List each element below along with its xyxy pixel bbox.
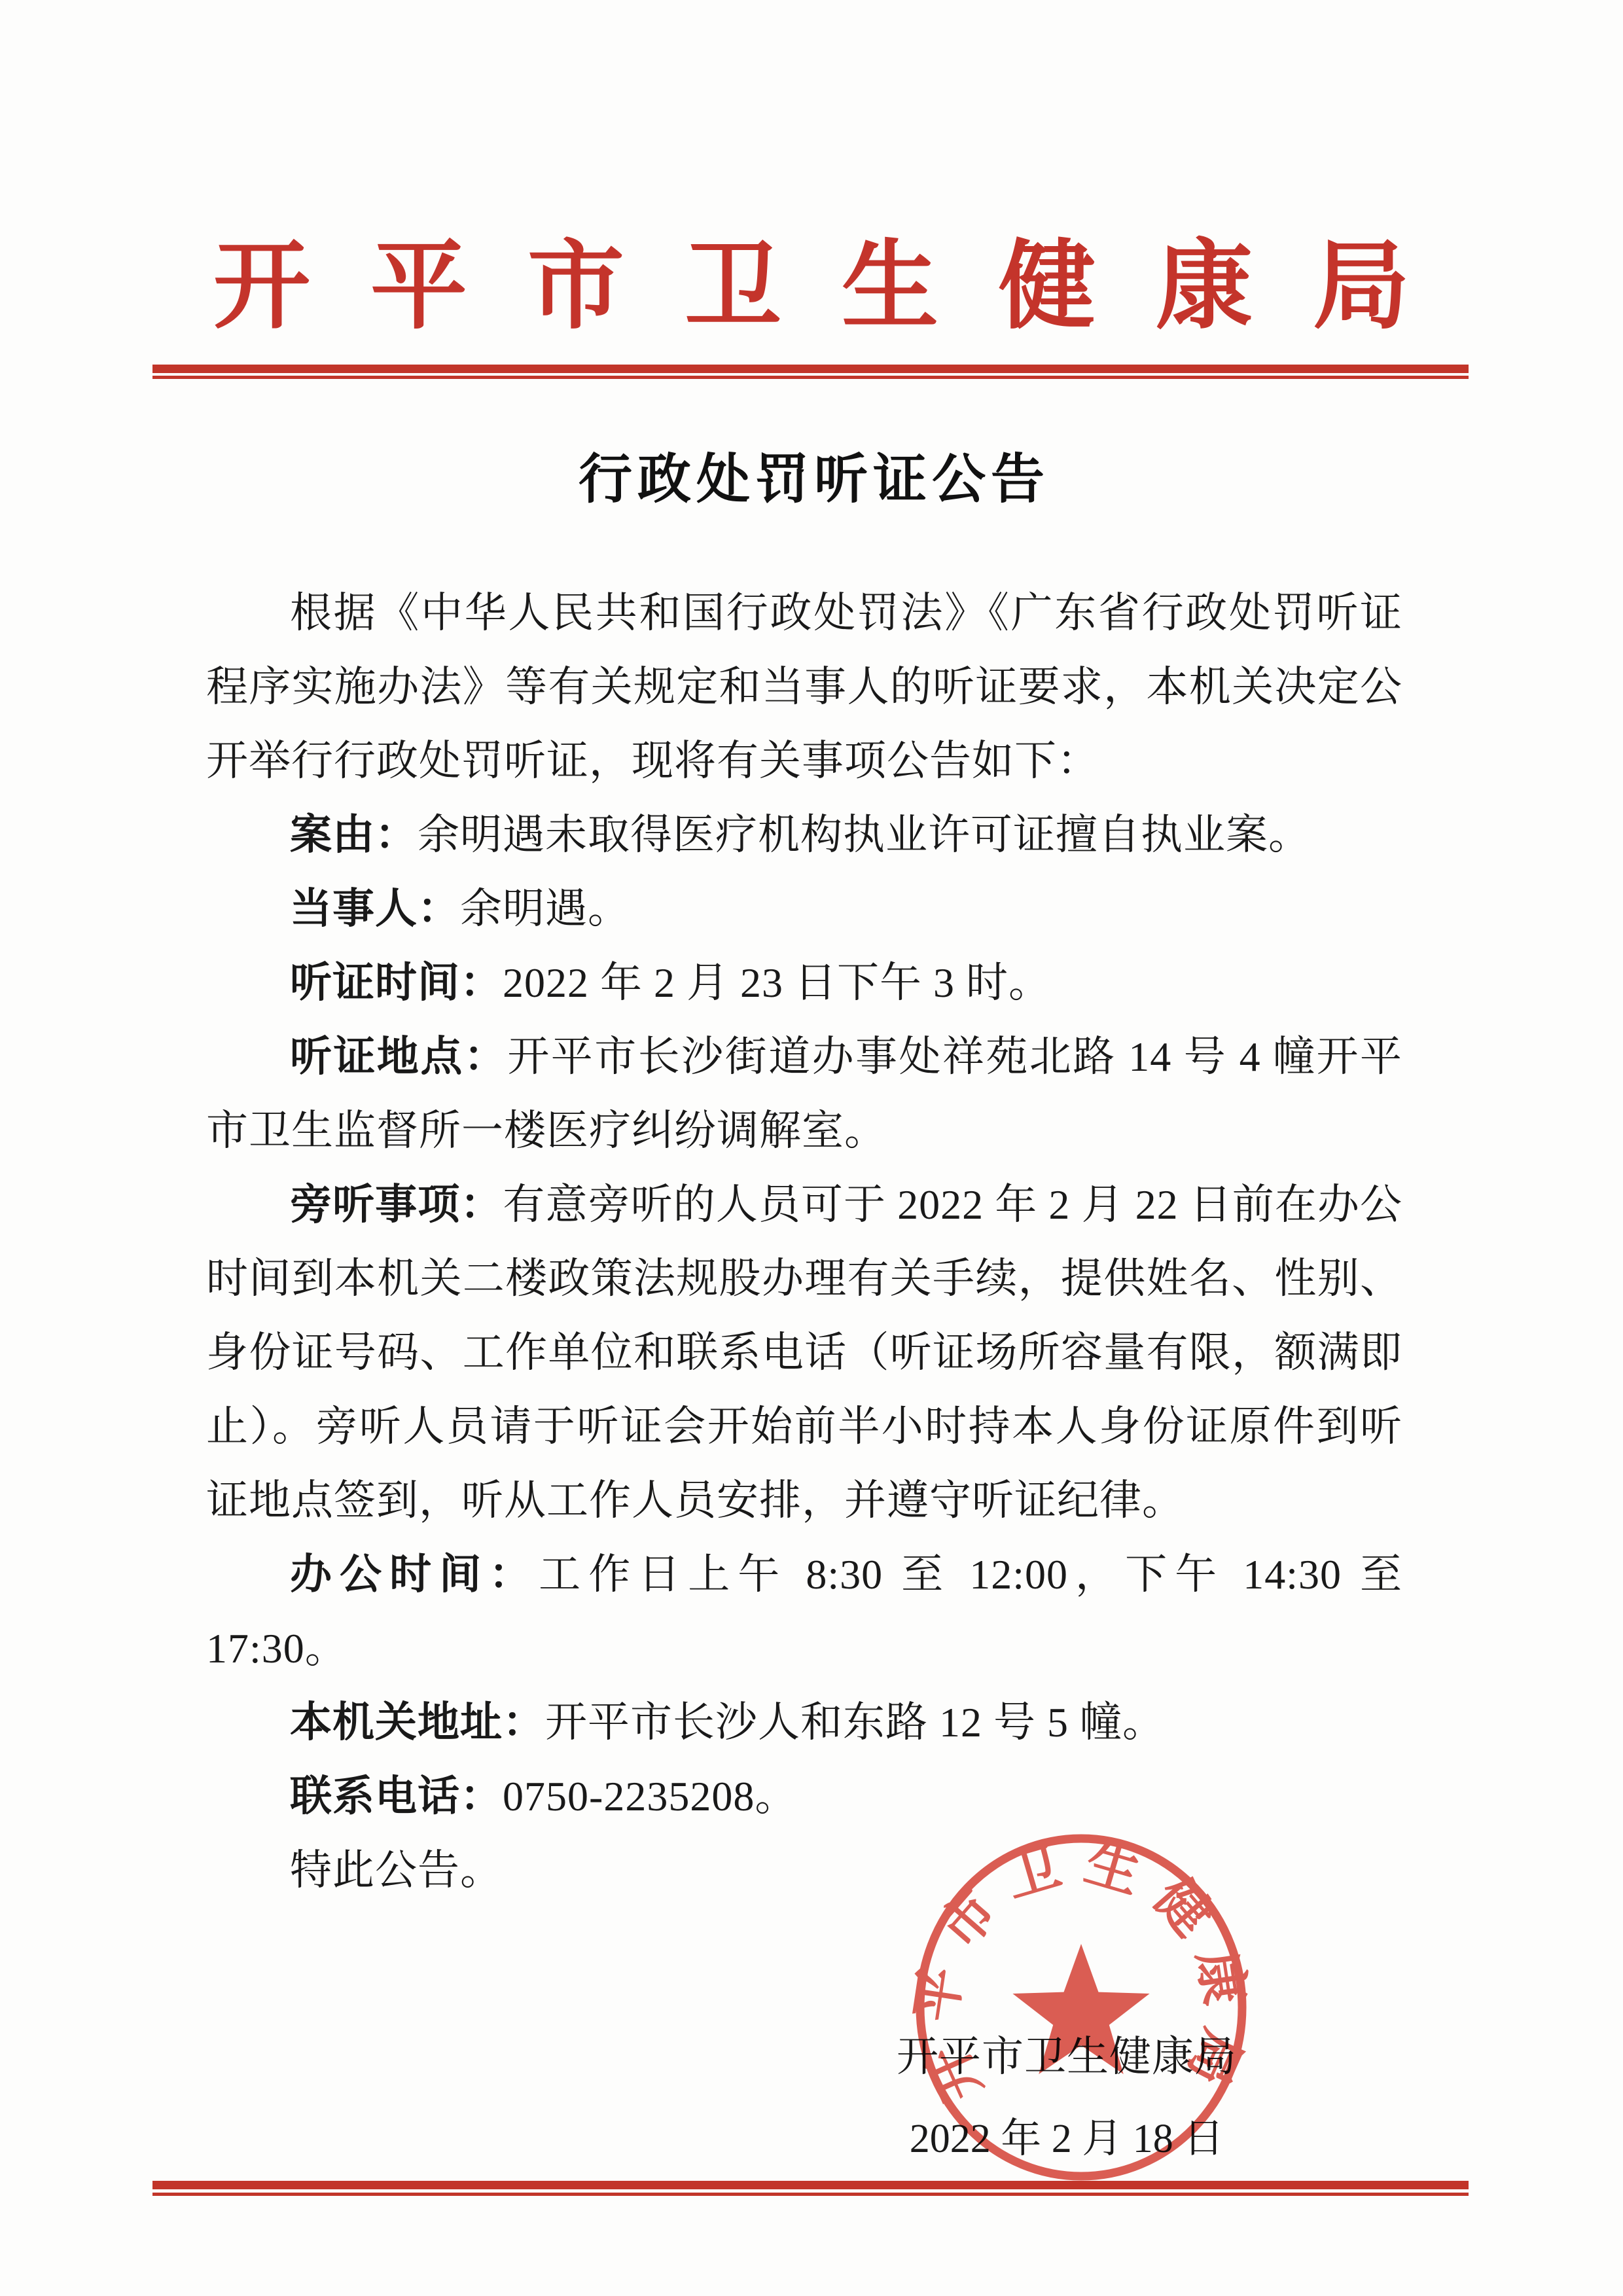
field-label: 联系电话：	[290, 1772, 503, 1820]
hearing-place-paragraph: 听证地点：开平市长沙街道办事处祥苑北路 14 号 4 幢开平市卫生监督所一楼医疗…	[206, 1020, 1402, 1168]
field-label: 旁听事项：	[290, 1181, 503, 1228]
field-label: 案由：	[290, 811, 418, 858]
office-address-paragraph: 本机关地址：开平市长沙人和东路 12 号 5 幢。	[206, 1685, 1402, 1759]
field-value: 余明遇未取得医疗机构执业许可证擅自执业案。	[418, 812, 1311, 858]
intro-paragraph: 根据《中华人民共和国行政处罚法》《广东省行政处罚听证程序实施办法》等有关规定和当…	[206, 576, 1402, 798]
field-value: 0750-2235208。	[503, 1773, 797, 1820]
observer-info-paragraph: 旁听事项：有意旁听的人员可于 2022 年 2 月 22 日前在办公时间到本机关…	[206, 1168, 1402, 1537]
field-value: 有意旁听的人员可于 2022 年 2 月 22 日前在办公时间到本机关二楼政策法…	[206, 1181, 1402, 1524]
field-value: 开平市长沙人和东路 12 号 5 幢。	[545, 1699, 1165, 1746]
field-value: 2022 年 2 月 23 日下午 3 时。	[503, 960, 1051, 1006]
paragraph-text: 特此公告。	[290, 1847, 503, 1893]
field-label: 办公时间：	[290, 1551, 539, 1598]
letterhead-rule-thick	[152, 365, 1469, 373]
paragraph-text: 根据《中华人民共和国行政处罚法》《广东省行政处罚听证程序实施办法》等有关规定和当…	[206, 590, 1402, 784]
signature-agency-name: 开平市卫生健康局	[887, 2023, 1247, 2083]
closing-paragraph: 特此公告。	[206, 1833, 1402, 1907]
letterhead-rule-thin	[152, 376, 1469, 379]
document-body: 根据《中华人民共和国行政处罚法》《广东省行政处罚听证程序实施办法》等有关规定和当…	[206, 576, 1402, 1907]
field-label: 听证地点：	[290, 1033, 507, 1080]
contact-phone-paragraph: 联系电话：0750-2235208。	[206, 1759, 1402, 1833]
letterhead-agency-name: 开平市卫生健康局	[0, 237, 1623, 338]
field-value: 余明遇。	[460, 886, 630, 932]
signature-date: 2022 年 2 月 18 日	[887, 2106, 1247, 2164]
document-title: 行政处罚听证公告	[0, 450, 1623, 509]
party-paragraph: 当事人：余明遇。	[206, 872, 1402, 946]
office-hours-paragraph: 办公时间：工作日上午 8:30 至 12:00，下午 14:30 至 17:30…	[206, 1537, 1402, 1685]
document-page: 开平市卫生健康局 行政处罚听证公告 根据《中华人民共和国行政处罚法》《广东省行政…	[0, 0, 1623, 2296]
footer-rule-thin	[152, 2193, 1469, 2196]
field-label: 本机关地址：	[290, 1698, 545, 1746]
field-label: 当事人：	[290, 885, 460, 932]
field-label: 听证时间：	[290, 959, 503, 1006]
hearing-time-paragraph: 听证时间：2022 年 2 月 23 日下午 3 时。	[206, 946, 1402, 1020]
case-cause-paragraph: 案由：余明遇未取得医疗机构执业许可证擅自执业案。	[206, 798, 1402, 872]
footer-rule-thick	[152, 2181, 1469, 2189]
